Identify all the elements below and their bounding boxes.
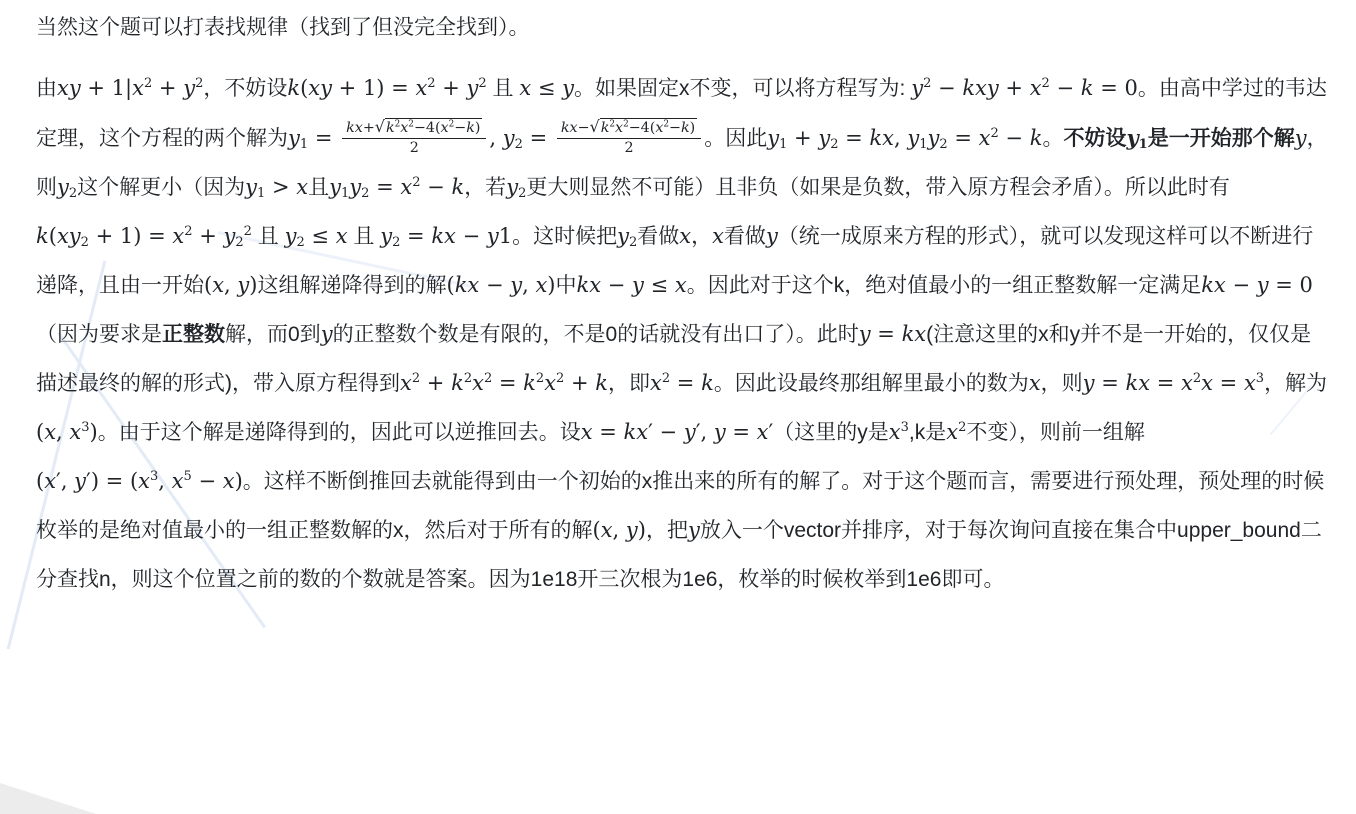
math-operator: − — [479, 273, 510, 297]
math-operator: 2 — [625, 140, 634, 156]
math-operator: 2 — [464, 371, 472, 386]
math-operator: 1 — [499, 224, 512, 248]
math-identifier: x — [400, 175, 412, 199]
math-subscript: 1 — [919, 137, 927, 152]
text-run: 的正整数个数是有限的，不是0的话就没有出口了）。此时 — [333, 323, 859, 346]
watermark-corner-triangle — [0, 783, 96, 814]
math-identifier: x — [712, 224, 724, 248]
inline-math: (kx − y, x) — [446, 273, 555, 297]
inline-math: kx − y ≤ x — [577, 273, 687, 297]
math-identifier: y — [329, 175, 341, 199]
math-operator: ) — [638, 518, 646, 542]
math-operator: 2 — [412, 371, 420, 386]
text-run: 看做 — [724, 225, 766, 248]
inline-math: (x, y) — [593, 518, 646, 542]
math-operator: = — [948, 126, 979, 150]
math-identifier: y — [714, 420, 726, 444]
text-run: ，即 — [608, 372, 650, 395]
math-operator: = — [308, 126, 339, 150]
math-identifier: y — [766, 224, 778, 248]
text-run: ，解为 — [1264, 372, 1327, 395]
inline-math: y = kx = x2x = x3 — [1083, 371, 1264, 395]
math-superscript: 2 — [184, 224, 192, 239]
inline-math: x — [679, 224, 691, 248]
inline-math: y — [321, 322, 333, 346]
math-operator: , — [224, 273, 237, 297]
math-operator: + — [420, 371, 451, 395]
bold-text-run: 正整数 — [162, 323, 225, 346]
text-run: 当然这个题可以打表找规律（找到了但没完全找到）。 — [36, 16, 530, 39]
math-identifier: k — [595, 371, 608, 395]
inline-math: y2 ≤ x — [285, 224, 348, 248]
math-operator: 2 — [515, 137, 523, 152]
math-identifier: kx — [1201, 273, 1226, 297]
math-operator: 2 — [296, 235, 304, 250]
math-identifier: y — [688, 518, 700, 542]
math-identifier: k — [386, 120, 395, 136]
math-identifier: y — [74, 469, 86, 493]
text-run: 。 — [1042, 127, 1063, 150]
inline-math: kx − y = 0 — [1201, 273, 1313, 297]
math-identifier: kx — [1125, 371, 1150, 395]
math-operator: = — [1095, 371, 1126, 395]
math-identifier: y — [467, 76, 479, 100]
paragraph-solution: 由xy + 1|x2 + y2，不妨设k(xy + 1) = x2 + y2 且… — [36, 64, 1332, 604]
math-operator: ′) = ( — [86, 469, 138, 493]
math-operator: 2 — [144, 76, 152, 91]
math-subscript: 2 — [69, 186, 77, 201]
math-identifier: x — [172, 224, 184, 248]
math-identifier: y — [506, 175, 518, 199]
math-operator: + 1| — [81, 76, 132, 100]
math-identifier: y — [859, 322, 871, 346]
fraction-denominator: 2 — [342, 138, 486, 157]
math-operator: = — [1150, 371, 1181, 395]
math-operator: + — [193, 224, 224, 248]
math-operator: , — [56, 420, 69, 444]
math-identifier: y — [503, 126, 515, 150]
math-superscript: 2 — [144, 76, 152, 91]
math-operator: 3 — [901, 420, 909, 435]
text-run: 不变），则前一组解 — [966, 421, 1145, 444]
math-identifier: y — [562, 76, 574, 100]
math-operator: ≤ — [531, 76, 562, 100]
math-operator: 2 — [1193, 371, 1201, 386]
math-operator: − — [1226, 273, 1257, 297]
text-run: 。这时候把 — [512, 225, 617, 248]
math-identifier: y — [285, 224, 297, 248]
inline-math: y1 — [1126, 125, 1147, 150]
math-identifier: y — [626, 518, 638, 542]
math-identifier: y — [245, 175, 257, 199]
inline-math: y2 − kxy + x2 − k = 0 — [911, 76, 1138, 100]
math-operator: = — [523, 126, 554, 150]
math-operator: 2 — [184, 224, 192, 239]
math-operator: + — [152, 76, 183, 100]
text-run: ，不妨设 — [203, 77, 287, 100]
text-run: 。因此 — [704, 127, 767, 150]
math-identifier: x — [675, 273, 687, 297]
math-operator: + — [564, 371, 595, 395]
math-identifier: y — [321, 322, 333, 346]
inline-math: k(xy + 1) = x2 + y2 — [287, 76, 486, 100]
math-operator: ) — [547, 273, 555, 297]
math-identifier: x — [212, 273, 224, 297]
math-identifier: kx — [902, 322, 927, 346]
math-superscript: 2 — [536, 371, 544, 386]
math-identifier: k — [701, 371, 714, 395]
math-identifier: x — [132, 76, 144, 100]
math-operator: 5 — [183, 469, 191, 484]
math-operator: 2 — [536, 371, 544, 386]
math-identifier: y — [1126, 125, 1138, 150]
text-run: ， — [691, 225, 712, 248]
math-operator: + — [363, 120, 375, 136]
math-operator: 2 — [410, 140, 419, 156]
math-identifier: y — [223, 224, 235, 248]
math-identifier: y — [632, 273, 644, 297]
math-identifier: x — [172, 469, 184, 493]
math-operator: , — [894, 126, 907, 150]
math-identifier: k — [1081, 76, 1094, 100]
math-operator: 2 — [81, 235, 89, 250]
math-identifier: y — [1295, 126, 1307, 150]
math-identifier: x — [415, 76, 427, 100]
math-superscript: 3 — [81, 420, 89, 435]
math-operator: , — [489, 126, 502, 150]
math-superscript: 2 — [412, 371, 420, 386]
math-operator: − — [669, 120, 681, 136]
math-identifier: y — [617, 224, 629, 248]
math-identifier: x — [535, 273, 547, 297]
math-subscript: 2 — [515, 137, 523, 152]
text-run: 更大则显然不可能）且非负（如果是负数，带入原方程会矛盾）。所以此时有 — [526, 176, 1230, 199]
math-identifier: k — [451, 175, 464, 199]
math-operator: , — [158, 469, 171, 493]
inline-math: y — [688, 518, 700, 542]
math-identifier: kxy — [962, 76, 998, 100]
bold-text-run: 是一开始那个解 — [1148, 127, 1295, 150]
math-operator: ( — [446, 273, 454, 297]
math-operator: ( — [49, 224, 57, 248]
math-operator: = — [492, 371, 523, 395]
math-operator: −4( — [629, 120, 656, 136]
text-run: 由 — [36, 77, 57, 100]
math-identifier: x — [650, 371, 662, 395]
math-identifier: y — [288, 126, 300, 150]
math-operator: −4( — [414, 120, 441, 136]
math-identifier: k — [451, 371, 464, 395]
math-operator: ( — [593, 518, 601, 542]
math-identifier: kx — [346, 120, 363, 136]
math-identifier: y — [57, 175, 69, 199]
math-operator: 3 — [81, 420, 89, 435]
math-identifier: y — [487, 224, 499, 248]
text-run: 这个解更小（因为 — [77, 176, 245, 199]
math-identifier: kx — [561, 120, 578, 136]
inline-math: k(xy2 + 1) = x2 + y22 — [36, 224, 252, 248]
math-subscript: 2 — [296, 235, 304, 250]
math-identifier: x — [757, 420, 769, 444]
math-identifier: k — [681, 120, 690, 136]
text-run: 。由于这个解是递降得到的，因此可以逆推回去。设 — [98, 421, 581, 444]
math-subscript: 2 — [235, 235, 243, 250]
math-identifier: y — [767, 126, 779, 150]
math-identifier: x — [400, 371, 412, 395]
math-superscript: 3 — [901, 420, 909, 435]
math-identifier: kx — [869, 126, 894, 150]
math-operator: ≤ — [305, 224, 336, 248]
article-content: 当然这个题可以打表找规律（找到了但没完全找到）。 由xy + 1|x2 + y2… — [0, 0, 1356, 604]
math-operator: − — [421, 175, 452, 199]
math-identifier: x — [1181, 371, 1193, 395]
math-superscript: 2 — [1042, 76, 1050, 91]
math-operator: ( — [36, 420, 44, 444]
inline-math: y2 = kx − y1 — [380, 224, 512, 248]
math-identifier: y — [237, 273, 249, 297]
math-operator: ′, — [696, 420, 714, 444]
math-operator: 1 — [300, 137, 308, 152]
math-operator: ) — [690, 120, 696, 136]
text-run: 解，而0到 — [225, 323, 321, 346]
math-identifier: kx — [431, 224, 456, 248]
math-identifier: k — [1030, 126, 1043, 150]
math-identifier: kx — [455, 273, 480, 297]
math-operator: 2 — [427, 76, 435, 91]
math-identifier: y — [349, 175, 361, 199]
inline-math: y1 + y2 = kx, y1y2 = x2 − k — [767, 126, 1042, 150]
inline-math: , y2 = — [489, 126, 553, 150]
math-operator: = — [400, 224, 431, 248]
math-identifier: xy — [308, 76, 332, 100]
inline-math: (x′, y′) = (x3, x5 − x) — [36, 469, 243, 493]
math-operator: 2 — [478, 76, 486, 91]
paragraph-intro: 当然这个题可以打表找规律（找到了但没完全找到）。 — [36, 13, 1332, 43]
math-identifier: y — [183, 76, 195, 100]
math-operator: 2 — [662, 371, 670, 386]
math-identifier: x — [336, 224, 348, 248]
math-operator: = 0 — [1094, 76, 1138, 100]
math-operator: 3 — [1256, 371, 1264, 386]
math-identifier: x — [979, 126, 991, 150]
math-subscript: 1 — [300, 137, 308, 152]
math-identifier: k — [466, 120, 475, 136]
square-root: √k2x2−4(x2−k) — [375, 120, 483, 136]
inline-math: y1 = — [288, 126, 339, 150]
math-identifier: y — [510, 273, 522, 297]
math-operator: = — [593, 420, 624, 444]
inline-math: y — [1295, 126, 1307, 150]
math-identifier: kx — [577, 273, 602, 297]
math-operator: ) — [475, 120, 481, 136]
math-operator: ) — [235, 469, 243, 493]
math-operator: ≤ — [644, 273, 675, 297]
text-run: 中 — [556, 274, 577, 297]
math-operator: = — [369, 175, 400, 199]
radicand: k2x2−4(x2−k) — [600, 118, 697, 136]
text-run: 这组解递降得到的解 — [257, 274, 446, 297]
math-operator: ) — [90, 420, 98, 444]
math-operator: 1 — [1139, 137, 1148, 152]
fraction-numerator: kx+√k2x2−4(x2−k) — [342, 118, 486, 138]
inline-math: x = kx′ − y′, y = x′ — [581, 420, 774, 444]
math-identifier: x — [544, 371, 556, 395]
math-operator: , — [613, 518, 626, 542]
math-operator: 2 — [235, 235, 243, 250]
math-operator: + 1) = — [89, 224, 172, 248]
text-run: 且 — [487, 77, 520, 100]
math-identifier: x — [138, 469, 150, 493]
math-identifier: k — [36, 224, 49, 248]
math-operator: − — [931, 76, 962, 100]
math-identifier: k — [601, 120, 610, 136]
inline-math: (x, x3) — [36, 420, 98, 444]
text-run: 看做 — [637, 225, 679, 248]
text-run: （因为要求是 — [36, 323, 162, 346]
math-operator: ′ − — [648, 420, 684, 444]
math-subscript: 2 — [939, 137, 947, 152]
inline-math: x — [712, 224, 724, 248]
inline-math: x2 = k — [650, 371, 714, 395]
math-superscript: 2 — [244, 224, 252, 239]
math-operator: − — [192, 469, 223, 493]
math-operator: − — [456, 224, 487, 248]
inline-math: (x, y) — [204, 273, 257, 297]
math-superscript: 2 — [662, 371, 670, 386]
text-run: 。因此对于这个k，绝对值最小的一组正整数解一定满足 — [687, 274, 1202, 297]
math-identifier: x — [44, 420, 56, 444]
math-superscript: 2 — [464, 371, 472, 386]
inline-math: y1 > x — [245, 175, 308, 199]
math-identifier: xy — [57, 224, 81, 248]
math-identifier: y — [911, 76, 923, 100]
math-subscript: 2 — [81, 235, 89, 250]
math-operator: − — [578, 120, 590, 136]
math-operator: 2 — [1042, 76, 1050, 91]
text-run: ，把 — [646, 519, 688, 542]
square-root: √k2x2−4(x2−k) — [590, 120, 698, 136]
math-superscript: 2 — [427, 76, 435, 91]
math-operator: − — [999, 126, 1030, 150]
text-run: 且 — [348, 225, 381, 248]
math-identifier: x — [946, 420, 958, 444]
math-operator: 2 — [244, 224, 252, 239]
math-operator: = — [726, 420, 757, 444]
math-identifier: x — [889, 420, 901, 444]
math-superscript: 3 — [1256, 371, 1264, 386]
math-identifier: k — [523, 371, 536, 395]
radicand: k2x2−4(x2−k) — [385, 118, 482, 136]
math-superscript: 2 — [412, 175, 420, 190]
math-subscript: 1 — [1139, 137, 1148, 152]
math-superscript: 2 — [990, 126, 998, 141]
math-identifier: y — [684, 420, 696, 444]
math-operator: 2 — [412, 175, 420, 190]
text-run: 。如果固定x不变，可以将方程写为: — [574, 77, 911, 100]
inline-math: x2 — [946, 420, 966, 444]
math-superscript: 2 — [1193, 371, 1201, 386]
math-operator: + — [999, 76, 1030, 100]
math-identifier: x — [1029, 371, 1041, 395]
inline-math: xy + 1|x2 + y2 — [57, 76, 203, 100]
math-identifier: x — [296, 175, 308, 199]
math-operator: 2 — [69, 186, 77, 201]
math-identifier: y — [818, 126, 830, 150]
math-operator: 2 — [939, 137, 947, 152]
math-operator: 1 — [919, 137, 927, 152]
math-identifier: y — [928, 126, 940, 150]
fraction-denominator: 2 — [557, 138, 701, 157]
math-identifier: x — [400, 120, 408, 136]
math-fraction: kx+√k2x2−4(x2−k)2 — [342, 118, 486, 157]
math-operator: > — [265, 175, 296, 199]
math-identifier: kx — [624, 420, 649, 444]
math-identifier: x — [44, 469, 56, 493]
math-identifier: x — [472, 371, 484, 395]
math-operator: , — [522, 273, 535, 297]
math-operator: ( — [36, 469, 44, 493]
math-operator: + — [787, 126, 818, 150]
math-identifier: x — [1244, 371, 1256, 395]
math-operator: + — [436, 76, 467, 100]
math-identifier: x — [1030, 76, 1042, 100]
inline-math: y2 — [617, 224, 637, 248]
inline-math: y2 — [506, 175, 526, 199]
math-identifier: x — [581, 420, 593, 444]
math-identifier: y — [380, 224, 392, 248]
math-identifier: y — [1083, 371, 1095, 395]
math-identifier: x — [223, 469, 235, 493]
text-run: ，则 — [1041, 372, 1083, 395]
math-operator: = — [670, 371, 701, 395]
radical-sign-icon: √ — [590, 117, 600, 136]
inline-math: x2 + k2x2 = k2x2 + k — [400, 371, 608, 395]
math-operator: = — [871, 322, 902, 346]
math-subscript: 2 — [629, 235, 637, 250]
math-operator: = 0 — [1269, 273, 1313, 297]
math-identifier: x — [69, 420, 81, 444]
math-operator: = — [1213, 371, 1244, 395]
math-operator: − — [454, 120, 466, 136]
radical-sign-icon: √ — [375, 117, 385, 136]
math-identifier: x — [519, 76, 531, 100]
math-superscript: 2 — [478, 76, 486, 91]
math-operator: = — [838, 126, 869, 150]
math-identifier: y — [1257, 273, 1269, 297]
inline-math: y = kx — [859, 322, 926, 346]
math-identifier: xy — [57, 76, 81, 100]
math-identifier: k — [287, 76, 300, 100]
math-operator: 2 — [629, 235, 637, 250]
inline-math: x — [1029, 371, 1041, 395]
math-identifier: x — [601, 518, 613, 542]
math-identifier: x — [679, 224, 691, 248]
text-run: （这里的y是 — [773, 421, 889, 444]
math-operator: 2 — [990, 126, 998, 141]
text-run: 。因此设最终那组解里最小的数为 — [714, 372, 1029, 395]
math-identifier: x — [1201, 371, 1213, 395]
math-operator: + 1) = — [332, 76, 415, 100]
math-operator: − — [601, 273, 632, 297]
math-operator: 2 — [484, 371, 492, 386]
inline-math: x3 — [889, 420, 909, 444]
text-run: 且 — [308, 176, 329, 199]
text-run: ，若 — [464, 176, 506, 199]
inline-math: y1y2 = x2 − k — [329, 175, 464, 199]
math-operator: ′, — [56, 469, 74, 493]
text-run: ,k是 — [909, 421, 946, 444]
bold-text-run: 不妨设 — [1063, 127, 1126, 150]
